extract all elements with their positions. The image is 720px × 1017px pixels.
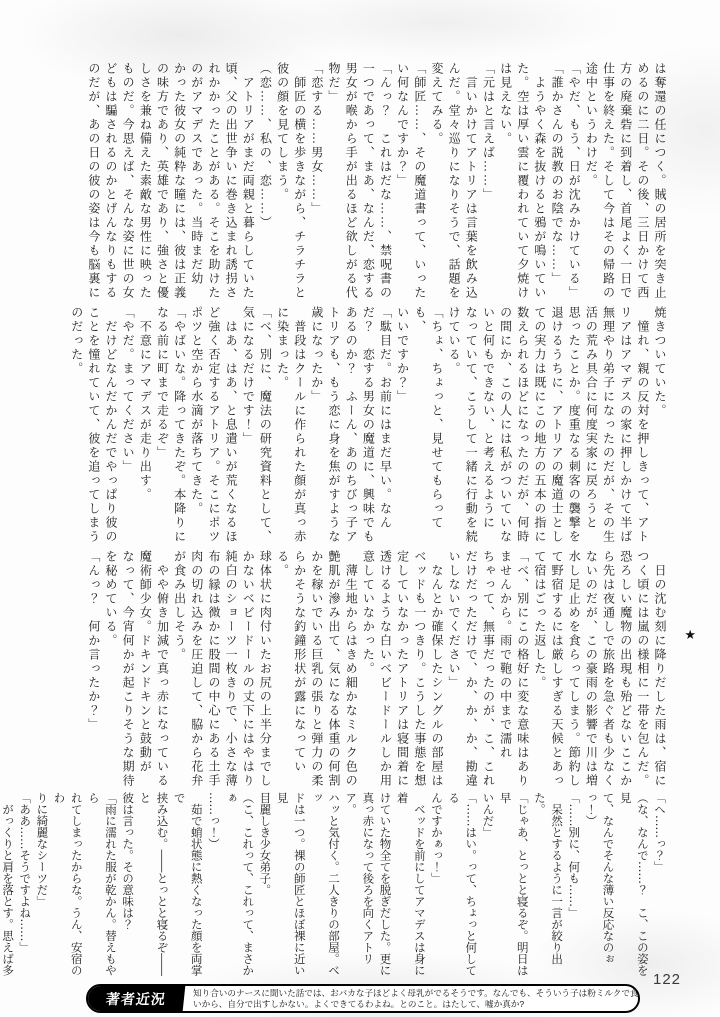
text-column: 薄生地からはきめ細かなミルク色の bbox=[342, 550, 359, 792]
text-column: ……っ！） bbox=[205, 792, 222, 986]
text-column: い何なんですか？」 bbox=[394, 62, 411, 304]
text-column: なっていて、こうして一緒に行動を続 bbox=[462, 306, 479, 548]
text-column: なんとか確保したシングルの部屋は bbox=[428, 550, 445, 792]
text-column: 「ああ……そうですよね……」 bbox=[16, 792, 33, 986]
text-column: アトリアがまだ両親と暮らしていた bbox=[239, 62, 256, 304]
text-column: 変えてみる。 bbox=[428, 62, 445, 304]
text-column: 数えられるほどになったのだが、何時 bbox=[514, 306, 531, 548]
text-column: けている。 bbox=[445, 306, 462, 548]
text-column: かないベビードールの丈下にはやはり bbox=[239, 550, 256, 792]
text-column: がっくりと肩を落とす。思えば多少 bbox=[0, 792, 16, 986]
text-column: て野宿するには厳しすぎる天候とあっ bbox=[548, 550, 565, 792]
text-column: 一つであって、まあ、なんだ、恋する bbox=[359, 62, 376, 304]
text-column: いと何もできない、と考えるように bbox=[479, 306, 496, 548]
text-column: 活の荒み具合に何度実家に戻ろうと bbox=[582, 306, 599, 548]
text-column: 布の縁は微かに股間の中心にある土手 bbox=[205, 550, 222, 792]
text-column: （な、なんで……？ こ、この姿を見 bbox=[617, 792, 651, 986]
text-band-2: 焼きついていた。 憧れ、親の反対を押しきって、アトリアはアマデスの家に押しかけて… bbox=[68, 306, 668, 548]
text-column: れてしまったからな。うん、安宿のわ bbox=[50, 792, 84, 986]
text-column: 方の廃棄砦に到着し、首尾よく一日で bbox=[617, 62, 634, 304]
text-column: 「やだ、もう、日が沈みかけている」 bbox=[565, 62, 582, 304]
text-column: れかかったことがある。そこを助けた bbox=[205, 62, 222, 304]
text-column: 球体状に肉付いたお尻の上半分までし bbox=[256, 550, 273, 792]
text-column: て宿はごった返した。 bbox=[531, 550, 548, 792]
text-column: のだが、あの日の彼の姿は今も脳裏に bbox=[85, 62, 102, 304]
text-column: つく頃には嵐の様相に一帯を包んだ。 bbox=[634, 550, 651, 792]
text-column: 水し足止めを食らってしまう。節約し bbox=[565, 550, 582, 792]
text-column: 気になるだけです！」 bbox=[239, 306, 256, 548]
text-column: だけどなんだかんだでやっぱり彼の bbox=[102, 306, 119, 548]
text-column: りに綺麗なシーツだ」 bbox=[33, 792, 50, 986]
author-note-label: 著者近況 bbox=[86, 986, 185, 1011]
text-column: 「……はい。って、ちょっと何してる bbox=[445, 792, 479, 986]
text-column: 目麗しき少女弟子。 bbox=[256, 792, 273, 986]
text-column: 焼きついていた。 bbox=[651, 306, 668, 548]
text-band-1: は奪還の任につく。賊の居所を突き止めるのに二日。その後、三日かけて西方の廃棄砦に… bbox=[85, 62, 668, 304]
text-column: かった彼女の純粋な瞳には、彼は正義 bbox=[170, 62, 187, 304]
author-note-text: 知り合いのナースに聞いた話では、おバカな子ほどよく母乳がでるそうです。なんでも、… bbox=[184, 986, 640, 1011]
text-column: 「ちょ、ちょっと、見せてもらっても、 bbox=[411, 306, 445, 548]
text-column: んですかぁっ！」 bbox=[428, 792, 445, 986]
text-column: 「べ、別にこの格好に変な意味はあり bbox=[514, 550, 531, 792]
text-column: 艶肌が滲み出て、気になる体重の何割 bbox=[325, 550, 342, 792]
text-column: 呆然とするように一言が絞り出た。 bbox=[531, 792, 565, 986]
text-column: ませんから。雨で鞄の中まで濡れ bbox=[496, 550, 513, 792]
text-column: 言いかけてアトリアは言葉を飲み込 bbox=[462, 62, 479, 304]
text-column: 「雨に濡れた服が乾かん。替えもやら bbox=[85, 792, 119, 986]
text-column: 「誰かさんの説教のお陰でな……」 bbox=[548, 62, 565, 304]
text-band-4: 「へ……っ？」（な、なんで……？ こ、この姿を見て、なんでそんな薄い反応なのぉっ… bbox=[0, 792, 668, 986]
author-note-line-2: いから、自分で出すしかない。よくできてるわよね。とのこと。はたして、嘘か真か? bbox=[193, 999, 640, 1011]
text-column: 「やだ。まってください」 bbox=[119, 306, 136, 548]
text-column: ちゃって、無事だったのが、こ、これ bbox=[479, 550, 496, 792]
text-column: 挟み込む。――とっとと寝るぞ――と bbox=[136, 792, 170, 986]
text-column: 「……別に、何も……」 bbox=[565, 792, 582, 986]
text-column: 憧れ、親の反対を押しきって、アト bbox=[634, 306, 651, 548]
text-column: ポツと空から水滴が落ちてきた。 bbox=[188, 306, 205, 548]
text-column: けていた物全てを脱ぎだした。更に bbox=[376, 792, 393, 986]
text-column: 「師匠……、その魔道書って、いった bbox=[411, 62, 428, 304]
text-column: ドは一つ。裸の師匠とほぼ裸に近い見 bbox=[273, 792, 307, 986]
text-column: （恋……、私の、恋……） bbox=[256, 62, 273, 304]
text-column: 日の沈む刻に降りだした雨は、宿に bbox=[651, 550, 668, 792]
text-column: 「んっ？ 何か言ったか？」 bbox=[85, 550, 102, 792]
text-column: ら先は夜通しで旅路を急ぐ者も少なく bbox=[599, 550, 616, 792]
text-column: 肉の切れ込みを圧迫して、脇から花弁 bbox=[188, 550, 205, 792]
text-column: かを稼いでいる巨乳の張りと弾力の柔 bbox=[308, 550, 325, 792]
text-column: 彼の顔を見てしまう。 bbox=[273, 62, 290, 304]
text-column: なって、今宵何かが起こりそうな期待 bbox=[119, 550, 136, 792]
text-column: しさを兼ね備えた素敵な男性に映った bbox=[136, 62, 153, 304]
text-column: 「元はと言えば……」 bbox=[479, 62, 496, 304]
text-column: が食み出しそう。 bbox=[170, 550, 187, 792]
text-column: いいですか？」 bbox=[394, 306, 411, 548]
text-column: 「駄目だ。お前にはまだ早い。なん bbox=[376, 306, 393, 548]
text-column: 男女が喉から手が出るほど欲しがる代 bbox=[342, 62, 359, 304]
text-column: て、なんでそんな薄い反応なのぉっ！） bbox=[582, 792, 616, 986]
text-band-3: 日の沈む刻に降りだした雨は、宿につく頃には嵐の様相に一帯を包んだ。恐ろしい魔物の… bbox=[85, 550, 668, 792]
text-column: 頃、父の出世争いに巻き込まれ誘拐さ bbox=[222, 62, 239, 304]
text-column: 「んっ？ これはだな……、禁呪書の bbox=[376, 62, 393, 304]
text-column: 恐ろしい魔物の出現も殆どないここか bbox=[617, 550, 634, 792]
text-column: 「べ、別に、魔法の研究資料として、 bbox=[256, 306, 273, 548]
text-column: ベッドも一つきり。こうした事態を想 bbox=[411, 550, 428, 792]
text-column: リアはアマデスの家に押しかけて半ば bbox=[617, 306, 634, 548]
text-column: 「恋する……男女……」 bbox=[308, 62, 325, 304]
text-column: は奪還の任につく。賊の居所を突き止 bbox=[651, 62, 668, 304]
text-column: 透けるような白いベビードールしか用 bbox=[376, 550, 393, 792]
text-column: あるのか？ ふーん、あのちびっ子ア bbox=[342, 306, 359, 548]
text-column: めるのに二日。その後、三日かけて西 bbox=[634, 62, 651, 304]
text-column: 思ったことか。度重なる刺客の襲撃を bbox=[565, 306, 582, 548]
text-column: ハッと気付く。二人きりの部屋。ベッ bbox=[308, 792, 342, 986]
text-column: ないのだが、この豪雨の影響で川は増 bbox=[582, 550, 599, 792]
text-column: 普段はクールに作られた顔が真っ赤 bbox=[291, 306, 308, 548]
text-column: はあ、はあ、と息遣いが荒くなるほ bbox=[222, 306, 239, 548]
text-column: に染まった。 bbox=[273, 306, 290, 548]
text-column: 仕事を終えた。そして今はその帰路の bbox=[599, 62, 616, 304]
text-column: 真っ赤になって後ろを向くアトリア。 bbox=[342, 792, 376, 986]
text-column: 無理やり弟子になったのだが、その生 bbox=[599, 306, 616, 548]
text-column: なる前に町まで走るぞ」 bbox=[153, 306, 170, 548]
text-column: ものだ。今思えば、そんな姿に世の女 bbox=[119, 62, 136, 304]
text-column: のだった。 bbox=[68, 306, 85, 548]
text-column: のがアマデスであった。当時まだ幼 bbox=[188, 62, 205, 304]
novel-page: { "page": { "number": "122", "scene_brea… bbox=[0, 0, 720, 1017]
text-column: だ？ 恋する男女の魔道に、興味でも bbox=[359, 306, 376, 548]
text-column: 茹で蛸状態に熱くなった顔を両掌で bbox=[170, 792, 204, 986]
text-column: は見えない。 bbox=[496, 62, 513, 304]
text-column: の味方であり、英雄であり、強さと優 bbox=[153, 62, 170, 304]
text-column: いしないでください」 bbox=[445, 550, 462, 792]
text-column: 歳になったか」 bbox=[308, 306, 325, 548]
text-column: の間にか、この人には私がついていな bbox=[496, 306, 513, 548]
text-column: 意していなかった。 bbox=[359, 550, 376, 792]
page-number: 122 bbox=[653, 971, 681, 988]
scene-break-star-icon: ★ bbox=[684, 628, 696, 643]
author-note-bar: 著者近況 知り合いのナースに聞いた話では、おバカな子ほどよく母乳がでるそうです。… bbox=[86, 984, 640, 1013]
text-column: トリアも、もう恋に身を焦がすような bbox=[325, 306, 342, 548]
text-column: 物だ」 bbox=[325, 62, 342, 304]
text-column: いんだ」 bbox=[479, 792, 496, 986]
text-column: 退けるうちに、アトリアの魔道士とし bbox=[548, 306, 565, 548]
text-column: 不意にアマデスが走り出す。 bbox=[136, 306, 153, 548]
text-column: 定していなかったアトリアは寝間着に bbox=[394, 550, 411, 792]
text-column: た。空は厚い雲に覆われていて夕焼け bbox=[514, 62, 531, 304]
text-column: 師匠の横を歩きながら、チラチラと bbox=[291, 62, 308, 304]
text-column: んだ。堂々巡りになりそうで、話題を bbox=[445, 62, 462, 304]
text-column: ようやく森を抜けると鴉が鳴いてい bbox=[531, 62, 548, 304]
text-column: 純白のショーツ一枚きりで、小さな薄 bbox=[222, 550, 239, 792]
text-column: 「じゃあ、とっとと寝るぞ。明日は早 bbox=[496, 792, 530, 986]
text-column: どもは騙されるのかとげんなりもする bbox=[102, 62, 119, 304]
author-note-line-1: 知り合いのナースに聞いた話では、おバカな子ほどよく母乳がでるそうです。なんでも、… bbox=[193, 988, 640, 1000]
text-column: 彼は言った。その意味は？ bbox=[119, 792, 136, 986]
text-column: 魔術師少女。ドキンドキンと鼓動が bbox=[136, 550, 153, 792]
text-column: らかそうな釣鐘形状が露になっている。 bbox=[273, 550, 307, 792]
text-column: ことを憧れていて、彼を追ってしまう bbox=[85, 306, 102, 548]
text-column: やや俯き加減で真っ赤になっている bbox=[153, 550, 170, 792]
text-column: （こ、これって、これって、まさかぁ bbox=[222, 792, 256, 986]
text-column: ど強く否定するアトリア。そこにポツ bbox=[205, 306, 222, 548]
text-column: 「へ……っ？」 bbox=[651, 792, 668, 986]
text-column: 途中というわけだ。 bbox=[582, 62, 599, 304]
text-column: を秘めている。 bbox=[102, 550, 119, 792]
text-column: だけだっただけで、か、か、か、勘違 bbox=[462, 550, 479, 792]
text-column: ての実力は既にこの地方の五本の指に bbox=[531, 306, 548, 548]
text-column: ベッドを前にしてアマデスは身に着 bbox=[394, 792, 428, 986]
text-column: 「やばいな。降ってきたぞ。本降りに bbox=[170, 306, 187, 548]
